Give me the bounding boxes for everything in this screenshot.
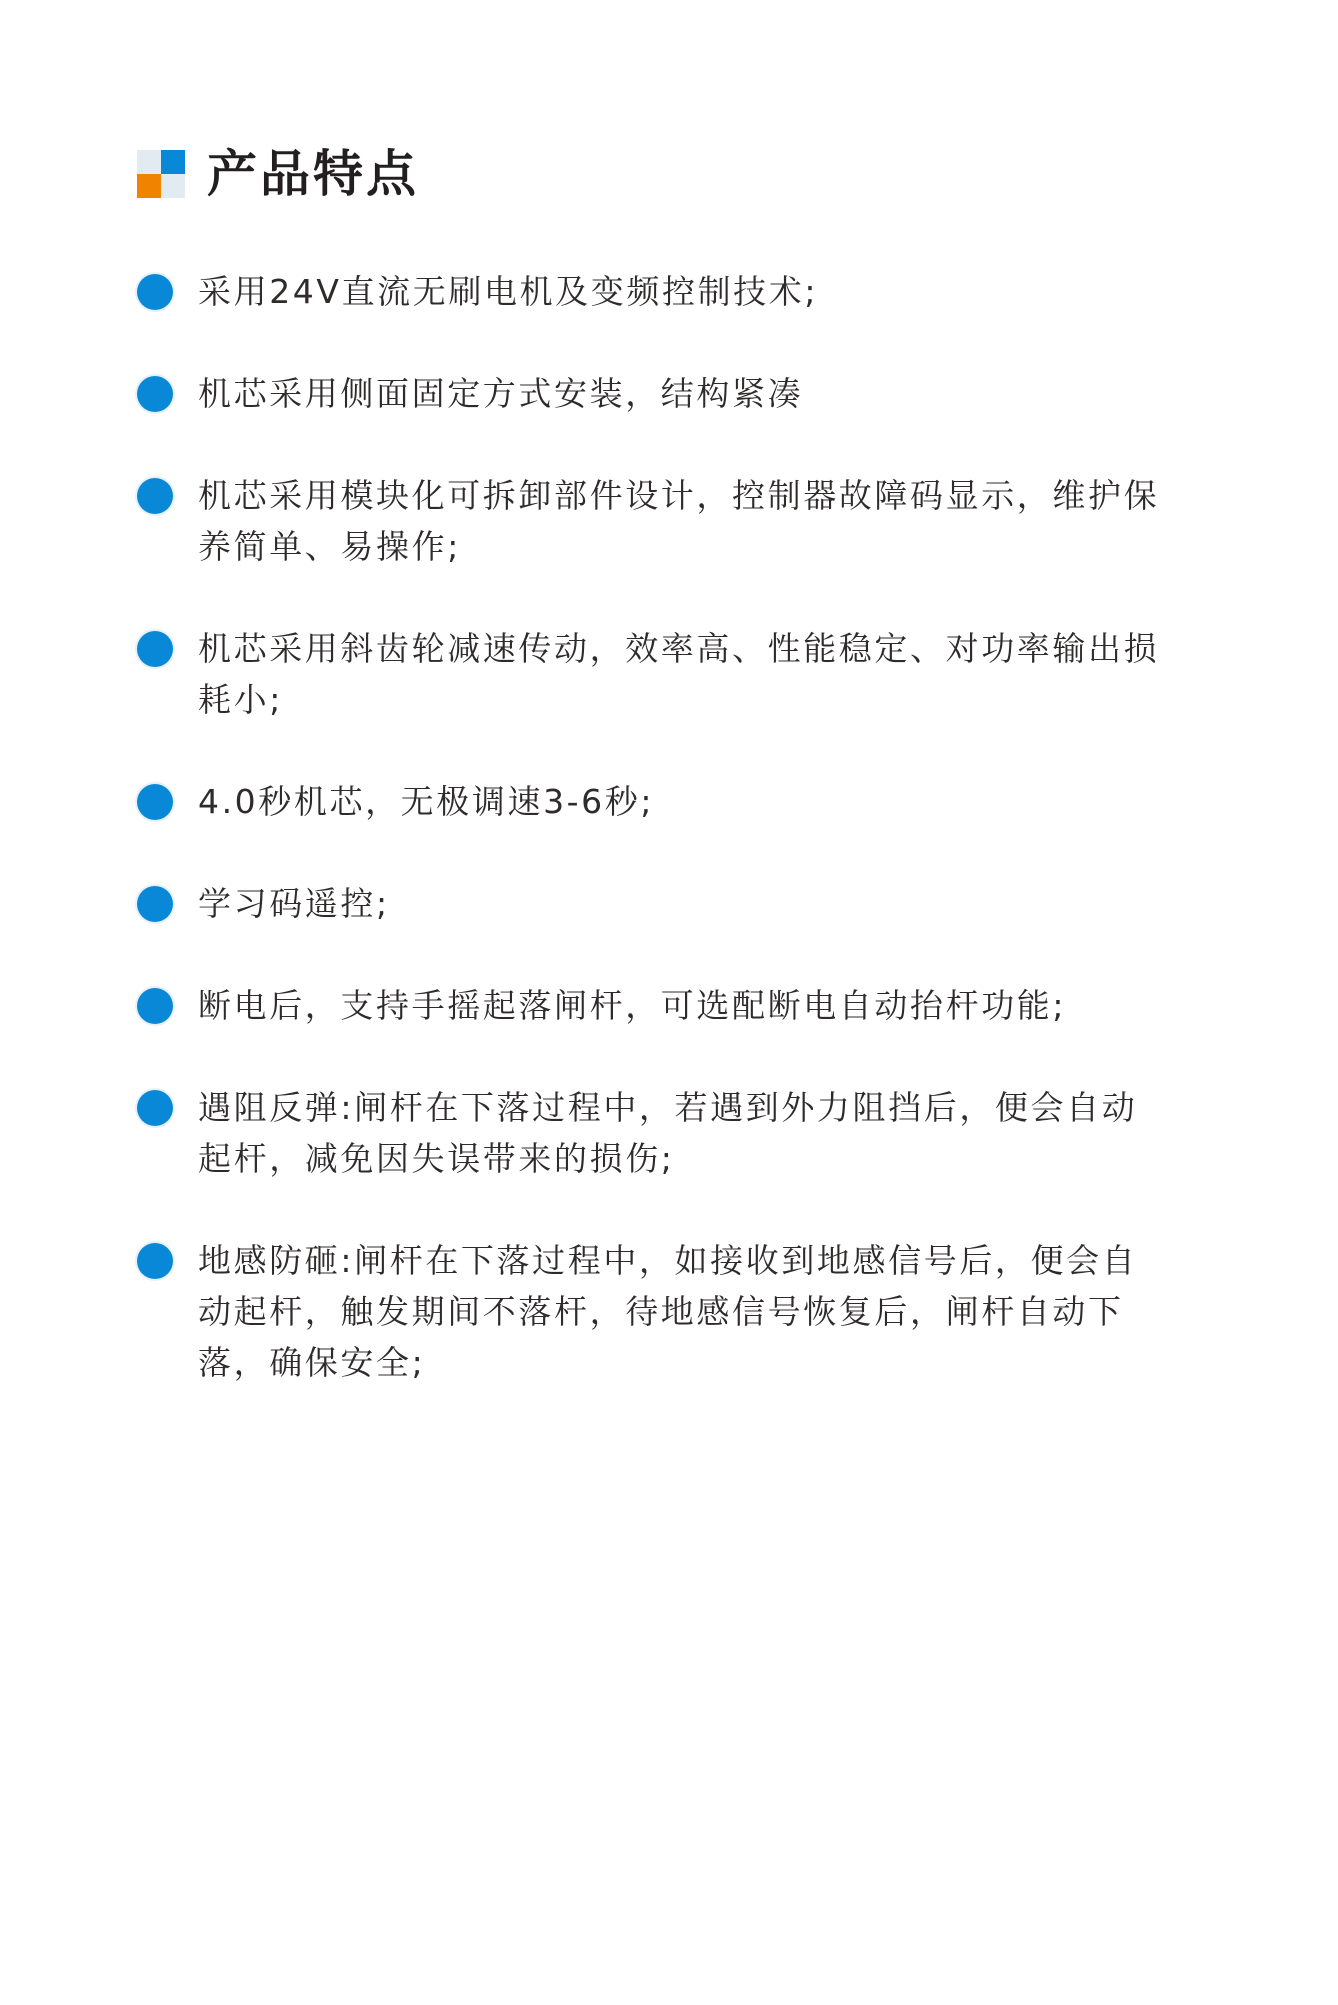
feature-item: 机芯采用斜齿轮减速传动，效率高、性能稳定、对功率输出损 耗小; [137,623,1237,725]
bullet-dot-icon [137,784,173,820]
feature-item: 4.0秒机芯，无极调速3-6秒; [137,776,1237,827]
feature-list: 采用24V直流无刷电机及变频控制技术; 机芯采用侧面固定方式安装，结构紧凑 机芯… [137,266,1237,1439]
feature-item: 机芯采用模块化可拆卸部件设计，控制器故障码显示，维护保 养简单、易操作; [137,470,1237,572]
page-title: 产品特点 [207,150,419,198]
bullet-dot-icon [137,1090,173,1126]
feature-item: 地感防砸:闸杆在下落过程中，如接收到地感信号后，便会自 动起杆，触发期间不落杆，… [137,1235,1237,1388]
logo-square-bottom-right [161,174,185,198]
logo-square-bottom-left [137,174,161,198]
bullet-dot-icon [137,631,173,667]
feature-item: 遇阻反弹:闸杆在下落过程中，若遇到外力阻挡后，便会自动 起杆，减免因失误带来的损… [137,1082,1237,1184]
bullet-dot-icon [137,376,173,412]
logo-square-top-right [161,150,185,174]
bullet-dot-icon [137,886,173,922]
feature-item: 断电后，支持手摇起落闸杆，可选配断电自动抬杆功能; [137,980,1237,1031]
feature-text-line: 4.0秒机芯，无极调速3-6秒; [198,776,1237,827]
feature-text-line: 机芯采用斜齿轮减速传动，效率高、性能稳定、对功率输出损 [198,623,1237,674]
section-header: 产品特点 [137,150,419,198]
feature-text-line: 机芯采用模块化可拆卸部件设计，控制器故障码显示，维护保 [198,470,1237,521]
feature-text-line: 采用24V直流无刷电机及变频控制技术; [198,266,1237,317]
feature-text-line: 养简单、易操作; [198,521,1237,572]
bullet-dot-icon [137,1243,173,1279]
feature-text-line: 起杆，减免因失误带来的损伤; [198,1133,1237,1184]
bullet-dot-icon [137,478,173,514]
feature-text-line: 落，确保安全; [198,1337,1237,1388]
feature-item: 机芯采用侧面固定方式安装，结构紧凑 [137,368,1237,419]
feature-text-line: 断电后，支持手摇起落闸杆，可选配断电自动抬杆功能; [198,980,1237,1031]
feature-text-line: 机芯采用侧面固定方式安装，结构紧凑 [198,368,1237,419]
feature-text-line: 动起杆，触发期间不落杆，待地感信号恢复后，闸杆自动下 [198,1286,1237,1337]
four-square-logo-icon [137,150,185,198]
feature-text-line: 地感防砸:闸杆在下落过程中，如接收到地感信号后，便会自 [198,1235,1237,1286]
bullet-dot-icon [137,274,173,310]
feature-item: 学习码遥控; [137,878,1237,929]
feature-text-line: 学习码遥控; [198,878,1237,929]
bullet-dot-icon [137,988,173,1024]
feature-text-line: 遇阻反弹:闸杆在下落过程中，若遇到外力阻挡后，便会自动 [198,1082,1237,1133]
logo-square-top-left [137,150,161,174]
feature-text-line: 耗小; [198,674,1237,725]
feature-item: 采用24V直流无刷电机及变频控制技术; [137,266,1237,317]
